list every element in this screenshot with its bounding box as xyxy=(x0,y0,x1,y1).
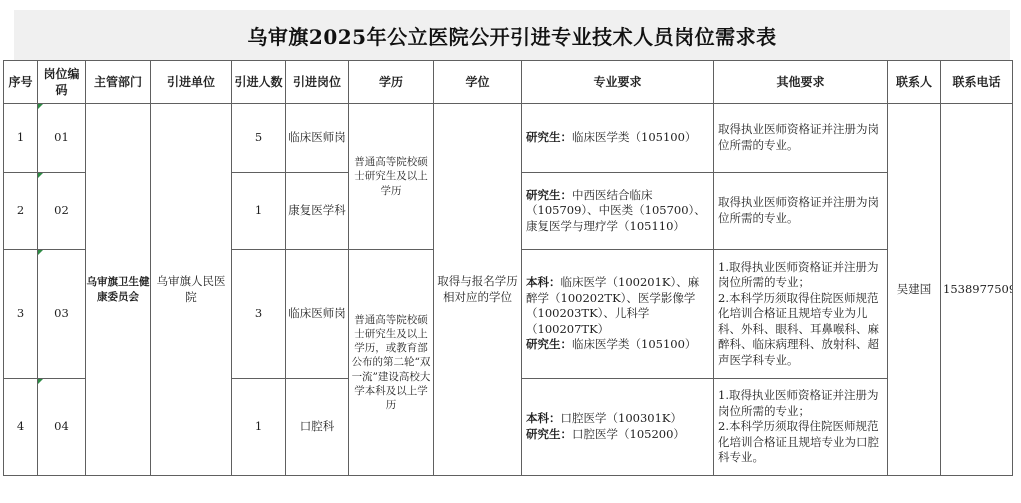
cell-count: 3 xyxy=(232,250,286,379)
cell-count: 1 xyxy=(232,379,286,476)
document-sheet: 乌审旗2025年公立医院公开引进专业技术人员岗位需求表 序号 岗位编码 主管部门… xyxy=(0,0,1021,503)
col-header-major: 专业要求 xyxy=(522,61,714,104)
col-header-contact-name: 联系人 xyxy=(888,61,941,104)
cell-seq: 4 xyxy=(4,379,38,476)
col-header-position: 引进岗位 xyxy=(286,61,349,104)
cell-seq: 3 xyxy=(4,250,38,379)
header-row: 序号 岗位编码 主管部门 引进单位 引进人数 引进岗位 学历 学位 专业要求 其… xyxy=(4,61,1013,104)
cell-major: 本科：口腔医学（100301K） 研究生：口腔医学（105200） xyxy=(522,379,714,476)
positions-table: 序号 岗位编码 主管部门 引进单位 引进人数 引进岗位 学历 学位 专业要求 其… xyxy=(3,60,1013,476)
table-row-1: 1 01 乌审旗卫生健康委员会 乌审旗人民医院 5 临床医师岗 普通高等院校硕士… xyxy=(4,104,1013,173)
cell-seq: 2 xyxy=(4,173,38,250)
col-header-department: 主管部门 xyxy=(86,61,151,104)
cell-other: 1.取得执业医师资格证并注册为岗位所需的专业； 2.本科学历须取得住院医师规范化… xyxy=(714,379,888,476)
excel-text-flag-icon xyxy=(38,104,43,109)
col-header-degree: 学位 xyxy=(434,61,522,104)
cell-major: 本科：临床医学（100201K）、麻醉学（100202TK）、医学影像学（100… xyxy=(522,250,714,379)
cell-position-code: 03 xyxy=(38,250,86,379)
cell-position-code: 01 xyxy=(38,104,86,173)
cell-major: 研究生：临床医学类（105100） xyxy=(522,104,714,173)
page-title: 乌审旗2025年公立医院公开引进专业技术人员岗位需求表 xyxy=(14,10,1010,60)
col-header-contact-phone: 联系电话 xyxy=(941,61,1013,104)
col-header-seq: 序号 xyxy=(4,61,38,104)
cell-position-code: 04 xyxy=(38,379,86,476)
col-header-education: 学历 xyxy=(349,61,434,104)
cell-position: 康复医学科 xyxy=(286,173,349,250)
cell-department: 乌审旗卫生健康委员会 xyxy=(86,104,151,476)
cell-major: 研究生：中西医结合临床（105709）、中医类（105700）、康复医学与理疗学… xyxy=(522,173,714,250)
col-header-employer: 引进单位 xyxy=(151,61,232,104)
col-header-code: 岗位编码 xyxy=(38,61,86,104)
cell-position: 临床医师岗 xyxy=(286,250,349,379)
cell-position: 临床医师岗 xyxy=(286,104,349,173)
cell-position: 口腔科 xyxy=(286,379,349,476)
excel-text-flag-icon xyxy=(38,379,43,384)
cell-other: 1.取得执业医师资格证并注册为岗位所需的专业； 2.本科学历须取得住院医师规范化… xyxy=(714,250,888,379)
cell-contact-phone: 15389775095 xyxy=(941,104,1013,476)
excel-text-flag-icon xyxy=(38,173,43,178)
cell-seq: 1 xyxy=(4,104,38,173)
cell-employer: 乌审旗人民医院 xyxy=(151,104,232,476)
col-header-other: 其他要求 xyxy=(714,61,888,104)
cell-education-rows-3-4: 普通高等院校硕士研究生及以上学历，或教育部公布的第二轮“双一流”建设高校大学本科… xyxy=(349,250,434,476)
cell-other: 取得执业医师资格证并注册为岗位所需的专业。 xyxy=(714,104,888,173)
cell-education-rows-1-2: 普通高等院校硕士研究生及以上学历 xyxy=(349,104,434,250)
cell-count: 5 xyxy=(232,104,286,173)
excel-text-flag-icon xyxy=(38,250,43,255)
cell-contact-name: 吴建国 xyxy=(888,104,941,476)
cell-position-code: 02 xyxy=(38,173,86,250)
cell-other: 取得执业医师资格证并注册为岗位所需的专业。 xyxy=(714,173,888,250)
col-header-count: 引进人数 xyxy=(232,61,286,104)
cell-count: 1 xyxy=(232,173,286,250)
cell-degree: 取得与报名学历相对应的学位 xyxy=(434,104,522,476)
